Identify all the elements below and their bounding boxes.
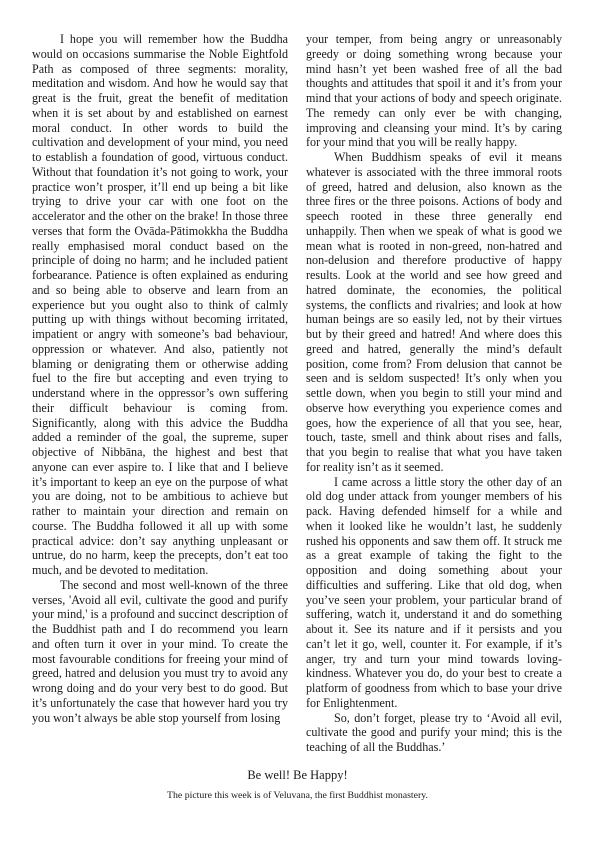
- paragraph-continuation-temper: your temper, from being angry or unreaso…: [306, 32, 562, 150]
- two-column-body: I hope you will remember how the Buddha …: [32, 32, 562, 752]
- footer-title: Be well! Be Happy!: [0, 768, 595, 783]
- document-page: I hope you will remember how the Buddha …: [0, 0, 595, 842]
- footer-caption: The picture this week is of Veluvana, th…: [0, 790, 595, 801]
- paragraph-buddha-eightfold-path: I hope you will remember how the Buddha …: [32, 32, 288, 578]
- paragraph-second-verse: The second and most well-known of the th…: [32, 578, 288, 726]
- left-column: I hope you will remember how the Buddha …: [32, 32, 288, 752]
- paragraph-old-dog-story: I came across a little story the other d…: [306, 475, 562, 711]
- paragraph-closing: So, don’t forget, please try to ‘Avoid a…: [306, 711, 562, 755]
- paragraph-evil-meaning: When Buddhism speaks of evil it means wh…: [306, 150, 562, 475]
- right-column: your temper, from being angry or unreaso…: [306, 32, 562, 752]
